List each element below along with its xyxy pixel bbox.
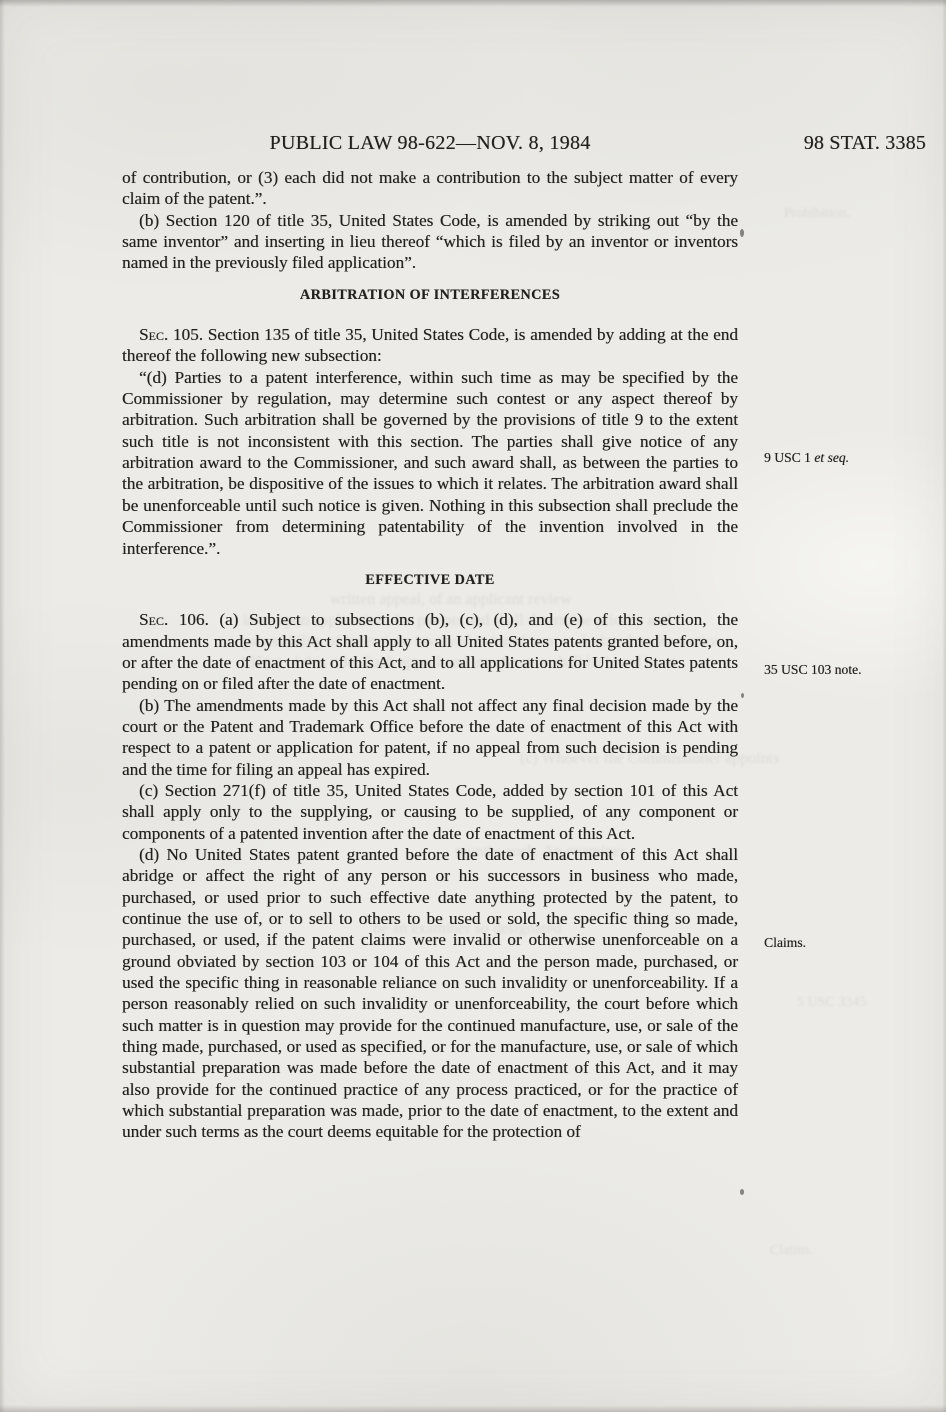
- paragraph-contribution-continuation: of contribution, or (3) each did not mak…: [122, 167, 738, 210]
- paragraph-section-120-amendment: (b) Section 120 of title 35, United Stat…: [122, 210, 738, 274]
- paragraph-sec-106-c: (c) Section 271(f) of title 35, United S…: [122, 780, 738, 844]
- statute-text-column: of contribution, or (3) each did not mak…: [122, 167, 738, 1143]
- paragraph-sec-105: Sec. 105. Section 135 of title 35, Unite…: [122, 324, 738, 367]
- scanned-statute-page: { "header": { "law_title": "PUBLIC LAW 9…: [0, 0, 946, 1412]
- paragraph-sec-106-d: (d) No United States patent granted befo…: [122, 844, 738, 1143]
- paragraph-text: (a) Subject to subsections (b), (c), (d)…: [122, 610, 738, 693]
- heading-arbitration-of-interferences: ARBITRATION OF INTERFERENCES: [122, 285, 738, 306]
- margin-note-text: 9 USC 1: [764, 450, 814, 465]
- paragraph-text: (c) Section 271(f) of title 35, United S…: [122, 781, 738, 843]
- margin-note-text: 35 USC 103 note.: [764, 662, 861, 677]
- page-header-stat-number: 98 STAT. 3385: [744, 132, 926, 155]
- margin-note-italic: et seq.: [814, 450, 849, 465]
- scan-speck: [740, 229, 744, 237]
- margin-note-9-usc-1: 9 USC 1 et seq.: [764, 449, 936, 466]
- heading-effective-date: EFFECTIVE DATE: [122, 570, 738, 591]
- paragraph-sec-106-b: (b) The amendments made by this Act shal…: [122, 695, 738, 780]
- section-number-lead: Sec. 105.: [139, 325, 203, 344]
- scan-speck: [740, 1189, 744, 1195]
- paragraph-text: (b) The amendments made by this Act shal…: [122, 696, 738, 779]
- margin-note-claims: Claims.: [764, 934, 936, 951]
- paragraph-sec-106-a: Sec. 106. (a) Subject to subsections (b)…: [122, 609, 738, 694]
- page-header-law-title: PUBLIC LAW 98-622—NOV. 8, 1984: [122, 132, 738, 155]
- margin-note-text: Claims.: [764, 935, 806, 950]
- paragraph-subsection-d-arbitration: “(d) Parties to a patent interference, w…: [122, 367, 738, 559]
- margin-note-35-usc-103: 35 USC 103 note.: [764, 661, 936, 678]
- paragraph-text: “(d) Parties to a patent interference, w…: [122, 368, 738, 558]
- paragraph-text: (b) Section 120 of title 35, United Stat…: [122, 211, 738, 273]
- paragraph-text: (d) No United States patent granted befo…: [122, 845, 738, 1141]
- section-number-lead: Sec. 106.: [139, 610, 209, 629]
- paragraph-text: of contribution, or (3) each did not mak…: [122, 168, 738, 208]
- scan-speck: [741, 693, 744, 698]
- paragraph-text: Section 135 of title 35, United States C…: [122, 325, 738, 365]
